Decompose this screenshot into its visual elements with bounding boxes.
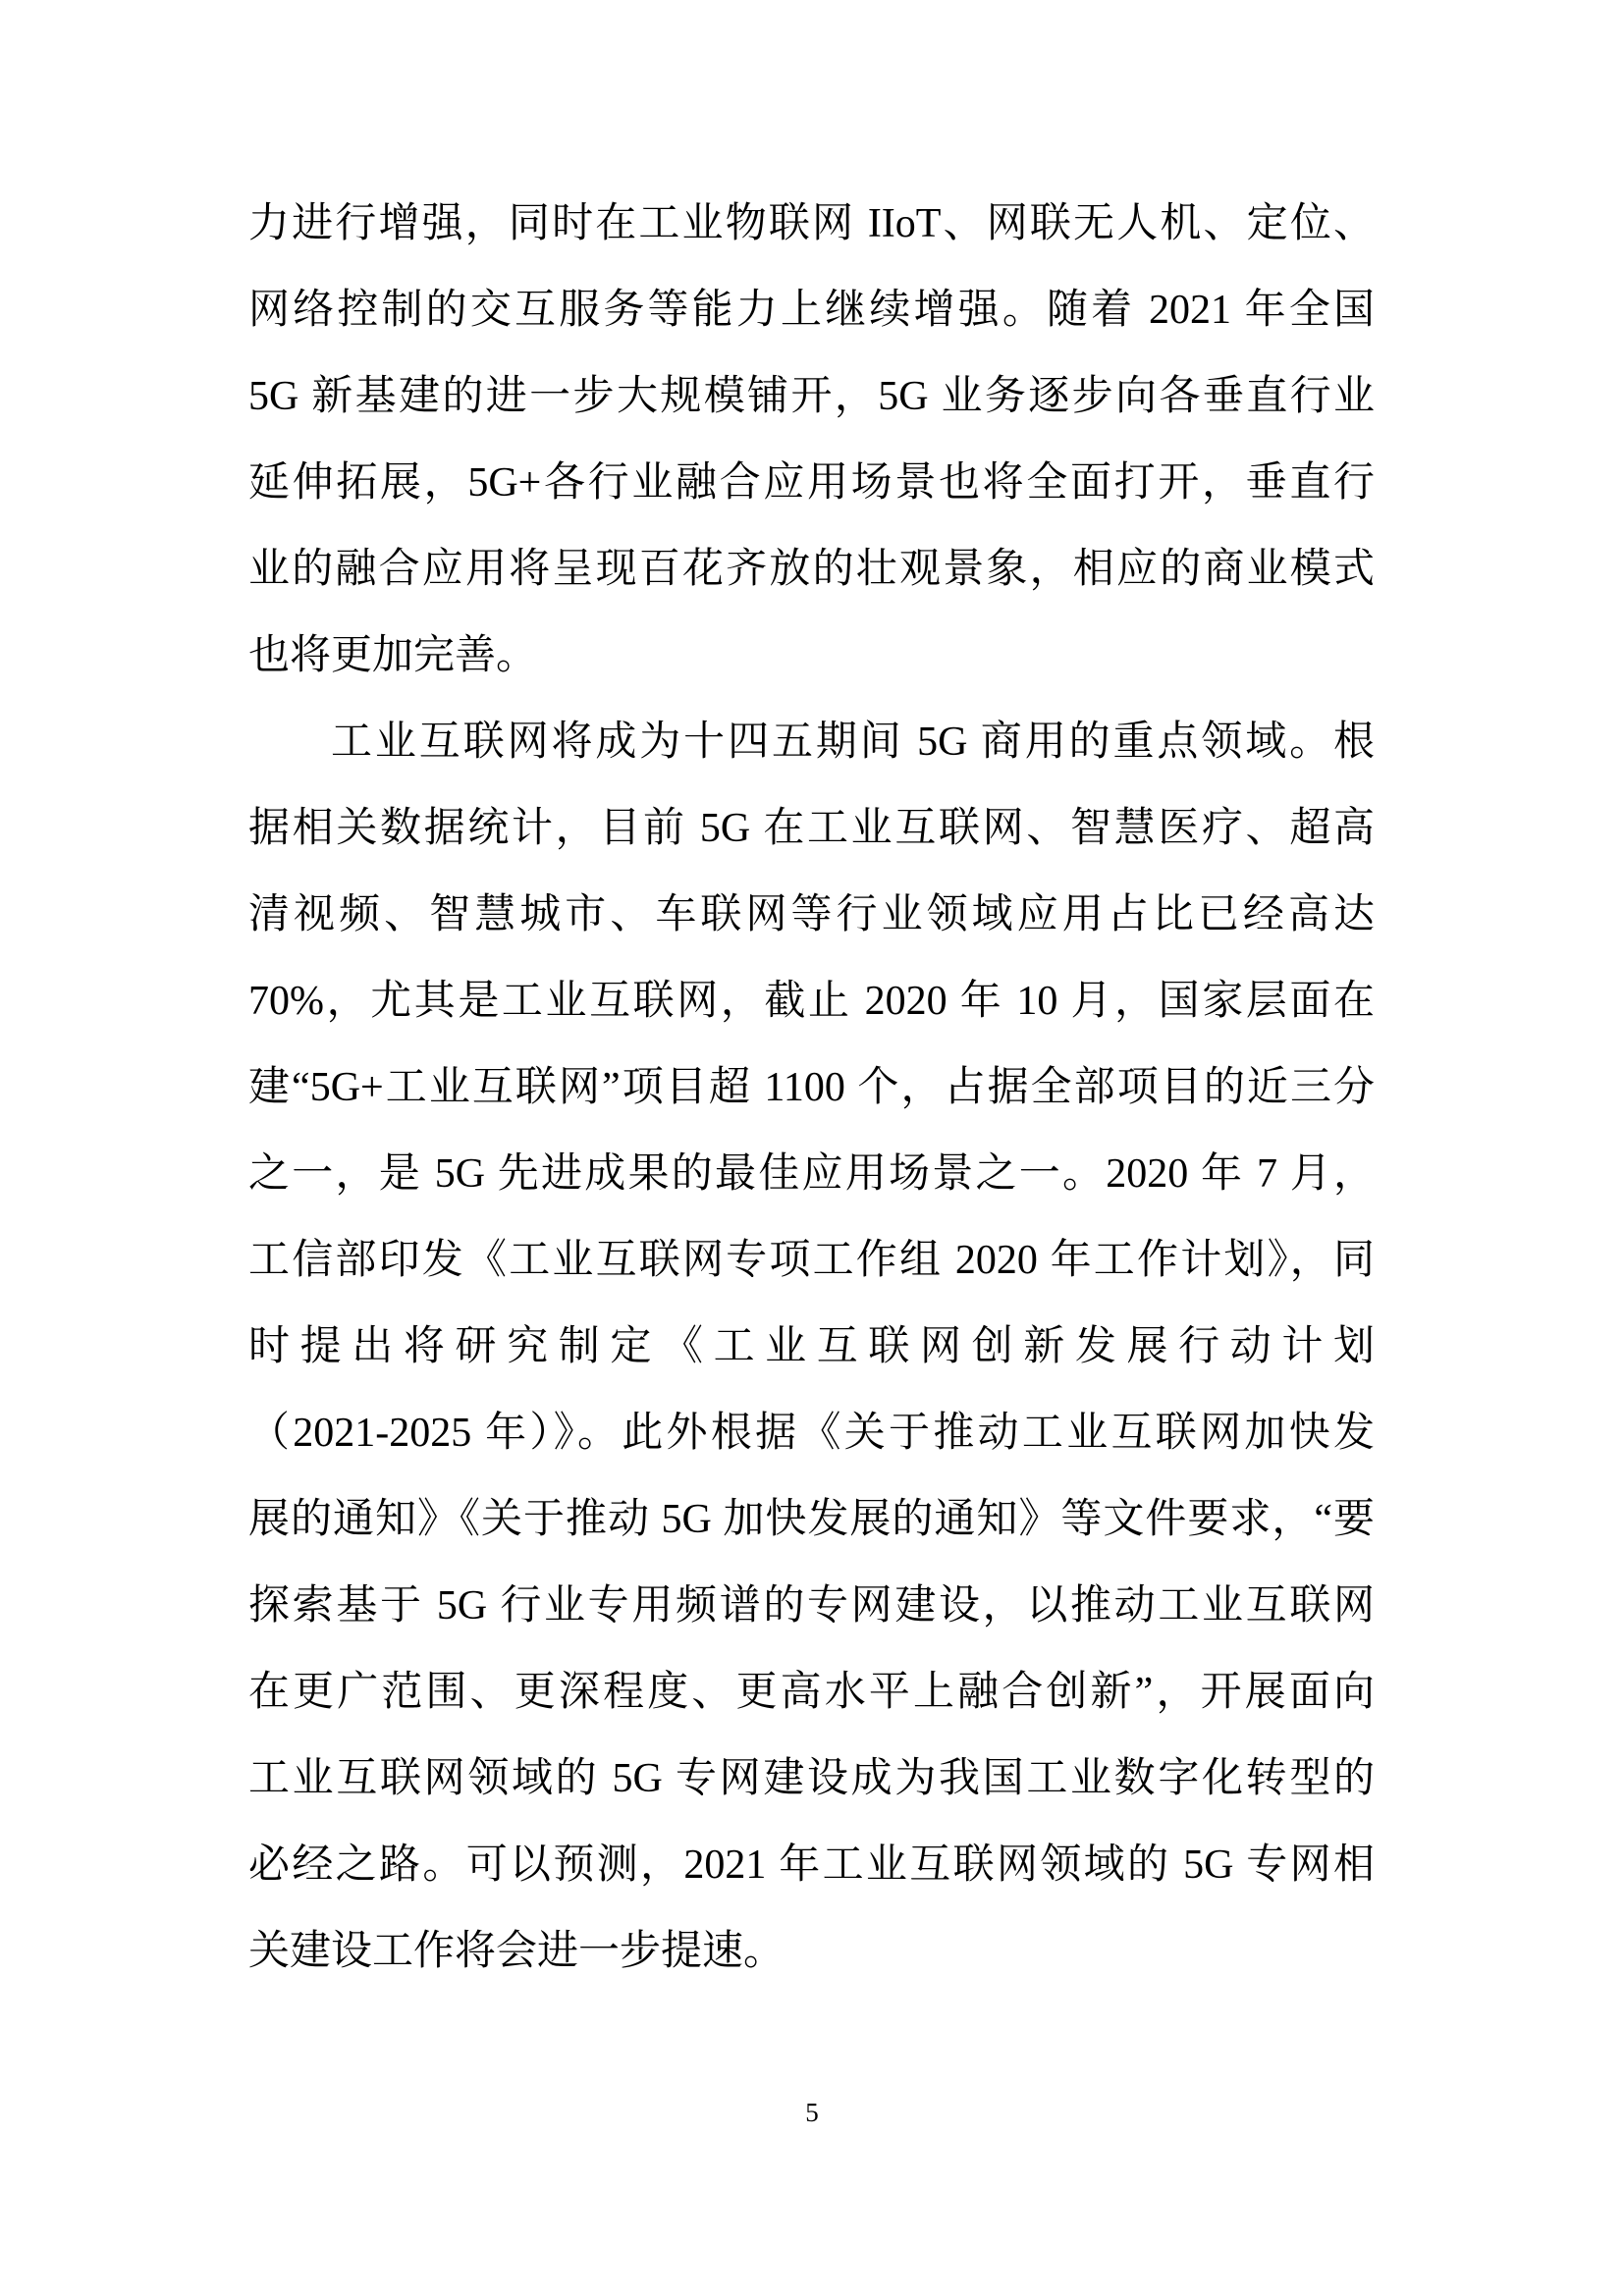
- text-line: 工业互联网领域的 5G 专网建设成为我国工业数字化转型的: [248, 1735, 1375, 1822]
- text-line: 网络控制的交互服务等能力上继续增强。随着 2021 年全国: [248, 267, 1375, 353]
- text-line: 工信部印发《工业互联网专项工作组 2020 年工作计划》，同: [248, 1217, 1375, 1304]
- text-line: 时提出将研究制定《工业互联网创新发展行动计划: [248, 1304, 1375, 1390]
- text-line: 清视频、智慧城市、车联网等行业领域应用占比已经高达: [248, 872, 1375, 958]
- text-line: 必经之路。可以预测，2021 年工业互联网领域的 5G 专网相: [248, 1822, 1375, 1908]
- document-page: 力进行增强，同时在工业物联网 IIoT、网联无人机、定位、 网络控制的交互服务等…: [0, 0, 1624, 2296]
- text-line: 之一，是 5G 先进成果的最佳应用场景之一。2020 年 7 月，: [248, 1131, 1375, 1217]
- text-line: 建“5G+工业互联网”项目超 1100 个，占据全部项目的近三分: [248, 1044, 1375, 1131]
- text-line: 5G 新基建的进一步大规模铺开，5G 业务逐步向各垂直行业: [248, 353, 1375, 440]
- page-number: 5: [0, 2093, 1624, 2132]
- text-line-paragraph-start: 工业互联网将成为十四五期间 5G 商用的重点领域。根: [248, 699, 1375, 785]
- page-body-text: 力进行增强，同时在工业物联网 IIoT、网联无人机、定位、 网络控制的交互服务等…: [248, 181, 1375, 1995]
- text-line: 70%，尤其是工业互联网，截止 2020 年 10 月，国家层面在: [248, 958, 1375, 1044]
- text-line: 在更广范围、更深程度、更高水平上融合创新”，开展面向: [248, 1649, 1375, 1735]
- text-line-paragraph-end: 关建设工作将会进一步提速。: [248, 1908, 1375, 1995]
- text-line: 展的通知》《关于推动 5G 加快发展的通知》等文件要求，“要: [248, 1476, 1375, 1563]
- text-line: （2021-2025 年）》。此外根据《关于推动工业互联网加快发: [248, 1390, 1375, 1476]
- text-line: 延伸拓展，5G+各行业融合应用场景也将全面打开，垂直行: [248, 440, 1375, 526]
- text-line: 力进行增强，同时在工业物联网 IIoT、网联无人机、定位、: [248, 181, 1375, 267]
- text-line: 探索基于 5G 行业专用频谱的专网建设，以推动工业互联网: [248, 1563, 1375, 1649]
- text-line-paragraph-end: 也将更加完善。: [248, 613, 1375, 699]
- text-line: 业的融合应用将呈现百花齐放的壮观景象，相应的商业模式: [248, 526, 1375, 613]
- text-line: 据相关数据统计，目前 5G 在工业互联网、智慧医疗、超高: [248, 785, 1375, 872]
